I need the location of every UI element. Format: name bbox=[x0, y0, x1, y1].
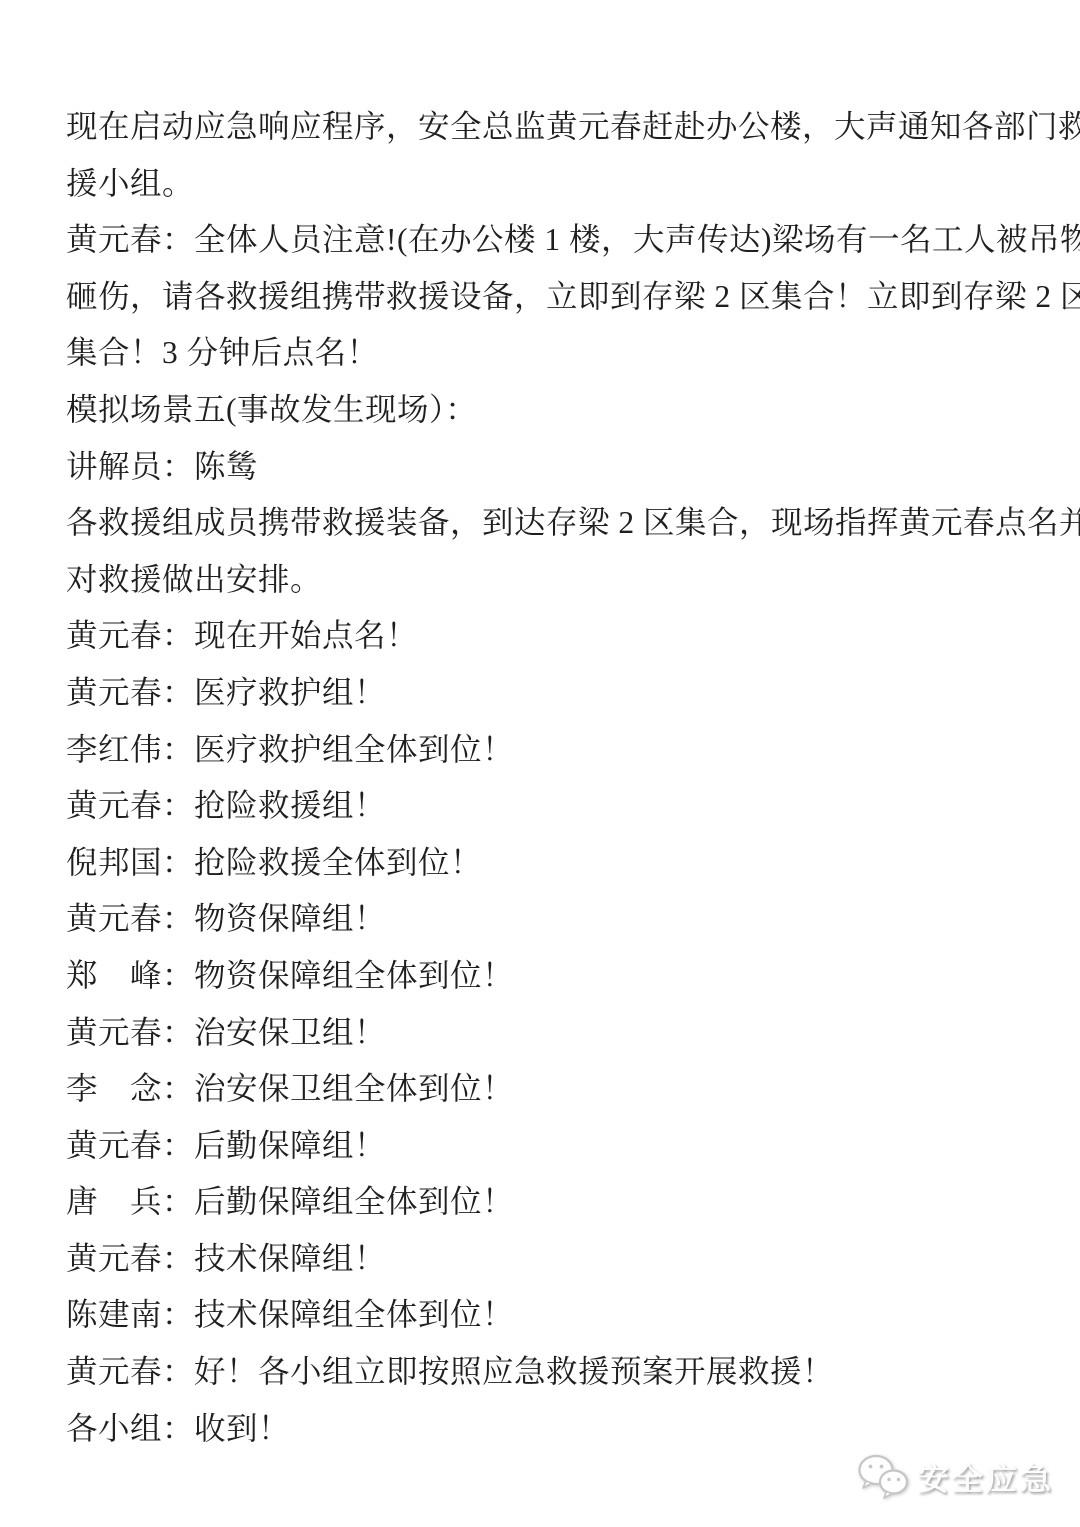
text-line: 现在启动应急响应程序，安全总监黄元春赶赴办公楼，大声通知各部门救 bbox=[66, 99, 1026, 156]
wechat-logo-icon bbox=[855, 1451, 911, 1501]
text-line: 砸伤，请各救援组携带救援设备，立即到存梁 2 区集合！立即到存梁 2 区 bbox=[66, 269, 1026, 326]
text-line: 郑 峰：物资保障组全体到位！ bbox=[66, 948, 1026, 1005]
text-line: 各救援组成员携带救援装备，到达存梁 2 区集合，现场指挥黄元春点名并 bbox=[66, 495, 1026, 552]
document-text: 现在启动应急响应程序，安全总监黄元春赶赴办公楼，大声通知各部门救援小组。黄元春：… bbox=[66, 99, 1026, 1457]
text-line: 集合！3 分钟后点名！ bbox=[66, 325, 1026, 382]
text-line: 黄元春：治安保卫组！ bbox=[66, 1005, 1026, 1062]
text-line: 李 念：治安保卫组全体到位！ bbox=[66, 1061, 1026, 1118]
text-line: 黄元春：技术保障组！ bbox=[66, 1231, 1026, 1288]
text-line: 讲解员：陈鸶 bbox=[66, 439, 1026, 496]
text-line: 唐 兵：后勤保障组全体到位！ bbox=[66, 1174, 1026, 1231]
text-line: 模拟场景五(事故发生现场）： bbox=[66, 382, 1026, 439]
text-line: 援小组。 bbox=[66, 156, 1026, 213]
document-page: 现在启动应急响应程序，安全总监黄元春赶赴办公楼，大声通知各部门救援小组。黄元春：… bbox=[0, 0, 1080, 1527]
text-line: 黄元春：全体人员注意!(在办公楼 1 楼，大声传达)梁场有一名工人被吊物 bbox=[66, 212, 1026, 269]
text-line: 倪邦国：抢险救援全体到位！ bbox=[66, 835, 1026, 892]
text-line: 黄元春：后勤保障组！ bbox=[66, 1118, 1026, 1175]
watermark: 安全应急 bbox=[855, 1451, 1054, 1501]
text-line: 黄元春：抢险救援组！ bbox=[66, 778, 1026, 835]
text-line: 黄元春：现在开始点名！ bbox=[66, 608, 1026, 665]
text-line: 黄元春：好！各小组立即按照应急救援预案开展救援！ bbox=[66, 1344, 1026, 1401]
text-line: 李红伟：医疗救护组全体到位！ bbox=[66, 722, 1026, 779]
watermark-label: 安全应急 bbox=[918, 1454, 1054, 1499]
text-line: 各小组：收到！ bbox=[66, 1401, 1026, 1458]
text-line: 陈建南：技术保障组全体到位！ bbox=[66, 1287, 1026, 1344]
text-line: 黄元春：物资保障组！ bbox=[66, 891, 1026, 948]
text-line: 对救援做出安排。 bbox=[66, 552, 1026, 609]
text-line: 黄元春：医疗救护组！ bbox=[66, 665, 1026, 722]
